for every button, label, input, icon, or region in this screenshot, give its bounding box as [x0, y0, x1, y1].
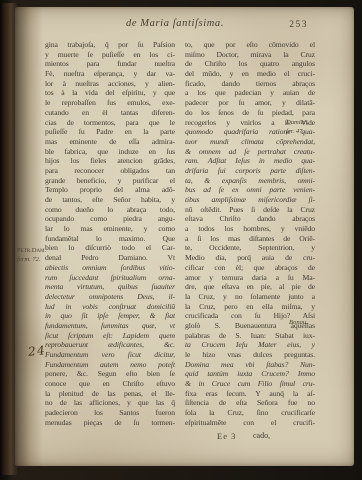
text-line: ficado, dando tiernos abraços	[185, 79, 315, 89]
text-line: cutando en èl tantas diferen-	[45, 108, 175, 118]
margin-note-bonaventura: Bonau.	[289, 319, 329, 328]
text-line: ta Crucem Ieſu Mater eius, y	[185, 340, 315, 350]
text-line: miſmo Doctor, mirava la Cruz	[185, 50, 315, 60]
text-line: amor y ternura daria a ſu Ma-	[185, 273, 315, 283]
text-line: fundamētal lo maximo. Que	[45, 234, 175, 244]
text-line: fixa eras ſecum. Y aunq̄ la aſ-	[185, 389, 315, 399]
signature-mark: Ee 3	[217, 431, 236, 441]
text-line: ſicut ſcriptum eſt: Lapidem quem	[45, 331, 175, 341]
text-line: padecer por ſu amor, y dilatā-	[185, 98, 315, 108]
text-line: tos à la vida del eſpiritu, y que	[45, 88, 175, 98]
text-line: para reconocer obligados tan	[45, 166, 175, 176]
margin-note-author: Petr.Dam.	[17, 247, 59, 256]
text-line: palabras de S. Iuan: Stabat iux-	[185, 331, 315, 341]
text-line: cias de tormentos, para que le	[45, 118, 175, 128]
text-line: a los que padecian y auian de	[185, 88, 315, 98]
handwritten-folio-number: 24	[27, 343, 47, 359]
text-line: Fè, nueſtra eſperança, y dar va-	[45, 69, 175, 79]
text-line: quid tantùm iuxta Crucem? Immo	[185, 369, 315, 379]
text-line: fundamentum, ſummitas quæ, vt	[45, 321, 175, 331]
scanned-book-page: de Maria ſantiſsima. 253 gina trabajoſa,…	[0, 0, 362, 480]
book-page: de Maria ſantiſsima. 253 gina trabajoſa,…	[15, 7, 354, 466]
text-line: como dueño lo abraça todo,	[45, 205, 175, 215]
text-line: in quo ſit ipſe ſemper, & fiat	[45, 311, 175, 321]
text-line: de Chriſto los quatro angulos	[185, 59, 315, 69]
text-column-right: to, que por eſto cōmovido elmiſmo Doctor…	[185, 40, 315, 428]
text-line: la Cruz, pero en ella miſma, y	[185, 302, 315, 312]
text-line: Fundamentum autem nemo poteſt	[45, 360, 175, 370]
text-line: denal Pedro Damiano. Vt	[45, 253, 175, 263]
text-line: lor à nueſtras acciones, y alien-	[45, 79, 175, 89]
text-line: nū oſtēdit. Pues ſi deſde la Cruz	[185, 205, 315, 215]
text-line: conoce que en Chriſto eſtuvo	[45, 379, 175, 389]
text-line: grande beneficio, y purificar el	[45, 176, 175, 186]
text-line: Medio dia, porq̄ auia de cru-	[185, 253, 315, 263]
text-line: gina trabajoſa, q̄ por ſu Paſsion	[45, 40, 175, 50]
text-line: cificar con èl; que abraços de	[185, 263, 315, 273]
text-line: menta virtutum, quibus ſuauiter	[45, 282, 175, 292]
catchword: cado,	[253, 431, 270, 440]
text-line: ocupando como piedra angu-	[45, 214, 175, 224]
text-line: hijos los fieles atencion grādes,	[45, 156, 175, 166]
text-line: mientos para fundar nueſtra	[45, 59, 175, 69]
text-line: dre, que eſtava en pie, al pie de	[185, 282, 315, 292]
text-line: & in Cruce cum Filio ſimul cru-	[185, 379, 315, 389]
text-line: le reprobaſſen ſus emulos, exe-	[45, 98, 175, 108]
margin-note-reference: ferm. 72.	[17, 256, 59, 265]
text-line: abiectis omnium ſordibus vitio-	[45, 263, 175, 273]
text-line: do los ſenos de ſu piedad, para	[185, 108, 315, 118]
text-line: mas eminente de eſſa admira-	[45, 137, 175, 147]
margin-note-reference: ſer. 47.	[286, 128, 330, 137]
text-line: ſola la Cruz, ſino crucificarſe	[185, 408, 315, 418]
text-line: rum ſuccedant ſpiritualium orna-	[45, 273, 175, 283]
text-line: lud in vobis conſtruat domiciliū	[45, 302, 175, 312]
running-header: de Maria ſantiſsima.	[55, 18, 295, 29]
text-line: ponere, &c. Segun eſto bien ſe	[45, 369, 175, 379]
text-line: eſpiritualmēte con el crucifi-	[185, 418, 315, 428]
text-line: ram. Adſtat Ieſus in medio qua-	[185, 156, 315, 166]
page-number: 253	[289, 20, 308, 30]
text-line: de tantos, eſte Señor habita, y	[45, 195, 175, 205]
text-line: tibus ampliſsimæ miſericordiæ ſi-	[185, 195, 315, 205]
margin-note-damianus-sermon: Damian. ſer. 47.	[286, 119, 330, 136]
text-column-left: gina trabajoſa, q̄ por ſu Paſsiony muert…	[45, 40, 175, 428]
text-line: no de las afliciones, y que las q̄	[45, 398, 175, 408]
text-line: ble fabrica, que induze en ſus	[45, 147, 175, 157]
text-line: lar lo mas eminente, y como	[45, 224, 175, 234]
text-line: la plenitud de las penas, el lle-	[45, 389, 175, 399]
text-line: padecieron los Santos fueron	[45, 408, 175, 418]
text-line: ſiſtencia de eſta Señora fue no	[185, 398, 315, 408]
text-line: tuor mundi climata cōprehendat,	[185, 137, 315, 147]
margin-note-petrus-damianus: Petr.Dam. ferm. 72.	[17, 247, 59, 264]
text-line: la Cruz, y no ſolamente junto a	[185, 292, 315, 302]
text-line: y muerte ſe puſieſſe en los ci-	[45, 50, 175, 60]
text-line: puſieſſe ſu Padre en la parte	[45, 127, 175, 137]
text-line: ta, & expanſis membris, omni-	[185, 176, 315, 186]
text-line: a todos los hombres, y vniēdo	[185, 224, 315, 234]
text-line: te, Occidente, Septentrion, y	[185, 243, 315, 253]
text-line: le hizo vnas dulces preguntas.	[185, 350, 315, 360]
text-line: reprobauerunt ædificantes, &c.	[45, 340, 175, 350]
text-line: a ſi los mas diſtantes de Oriē-	[185, 234, 315, 244]
margin-note-author: Damian.	[286, 119, 330, 128]
text-line: delectetur omnipotens Deus, il-	[45, 292, 175, 302]
binding-shadow	[15, 7, 43, 466]
text-line: bus ad ſe ex omni parte venien-	[185, 185, 315, 195]
text-line: Domina mea vbi ſtabas? Nun-	[185, 360, 315, 370]
text-line: eſtava Chriſto dando abraços	[185, 214, 315, 224]
text-line: to, que por eſto cōmovido el	[185, 40, 315, 50]
text-line: drifaria ſui corporis parte diſten-	[185, 166, 315, 176]
text-line: & omnem ad ſe pertrahat creatu-	[185, 147, 315, 157]
text-line: Templo proprio del alma adō-	[45, 185, 175, 195]
text-line: bien lo diſcurriò todo el Car-	[45, 243, 175, 253]
text-line: del mūdo, y en medio el cruci-	[185, 69, 315, 79]
text-line: Fundamentum vero ſicut dicitur,	[45, 350, 175, 360]
text-line: menudas pieças de ſu tormen-	[45, 418, 175, 428]
